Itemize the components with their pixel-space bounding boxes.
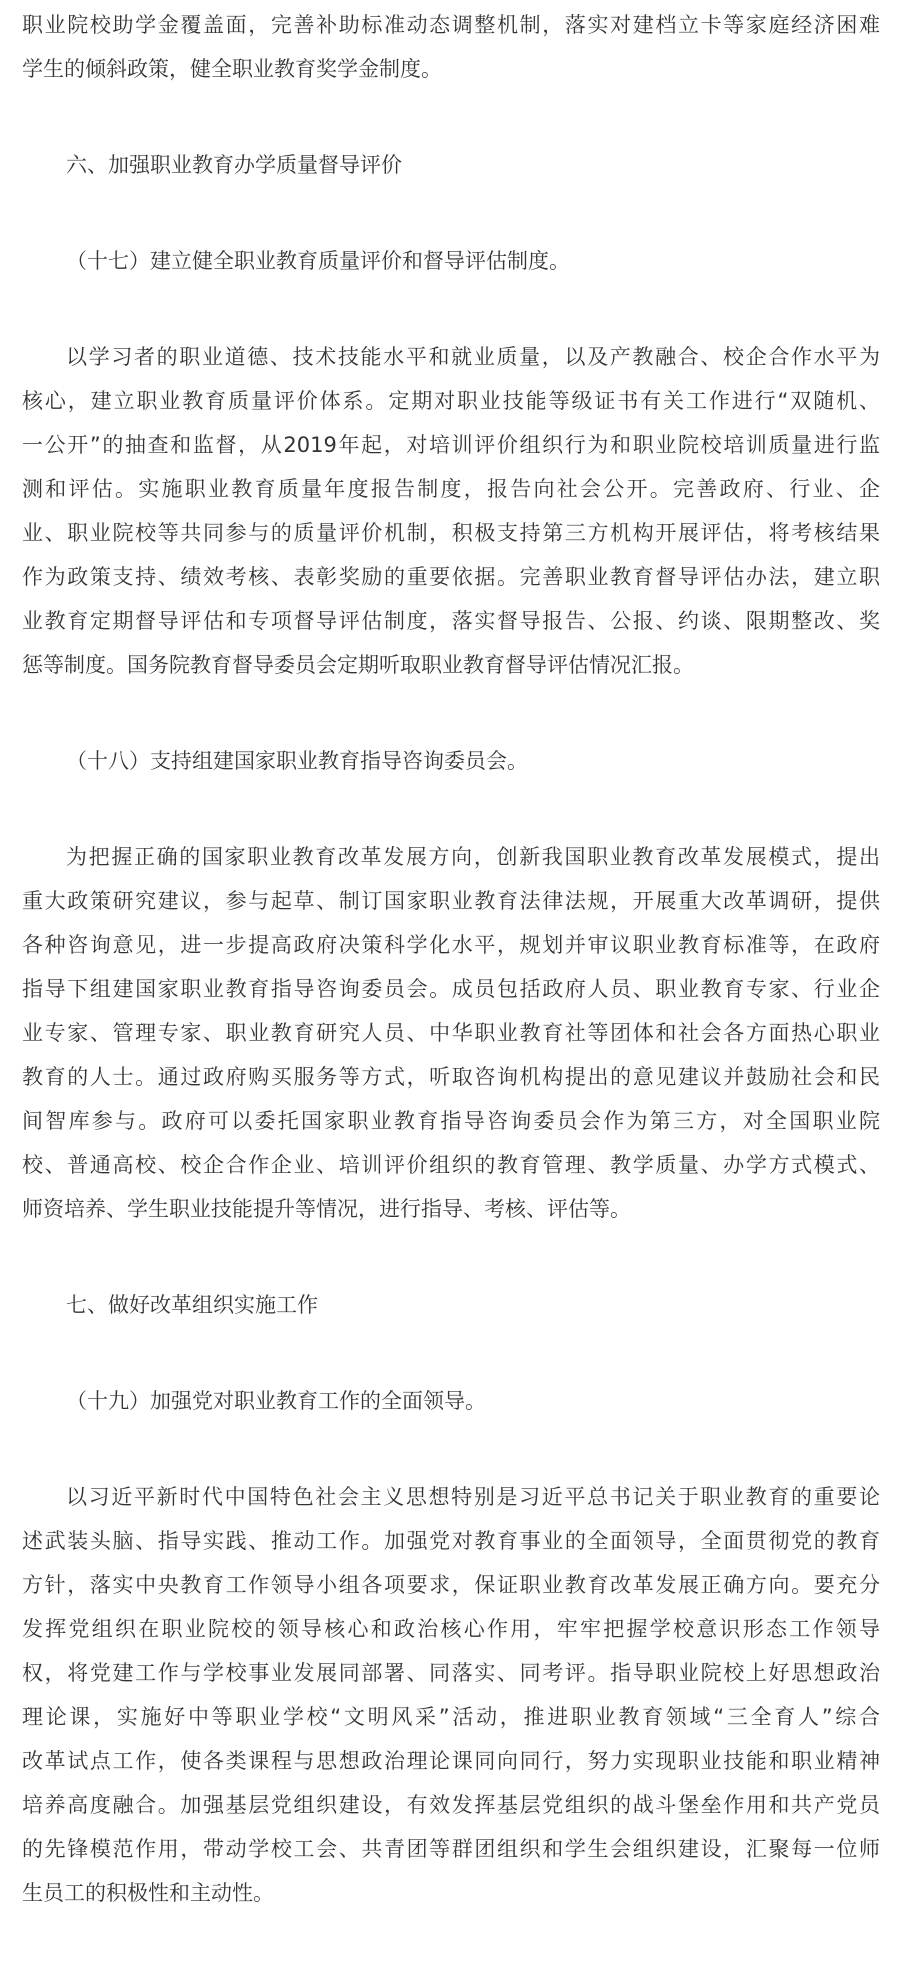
text-line: 为把握正确的国家职业教育改革发展方向，创新我国职业教育改革发展模式，提出 [22, 835, 880, 879]
text-line: 作为政策支持、绩效考核、表彰奖励的重要依据。完善职业教育督导评估办法，建立职 [22, 555, 880, 599]
text-line: 述武装头脑、指导实践、推动工作。加强党对教育事业的全面领导，全面贯彻党的教育 [22, 1519, 880, 1563]
subsection-heading-text: （十七）建立健全职业教育质量评价和督导评估制度。 [22, 239, 880, 283]
subsection-heading-text: （十九）加强党对职业教育工作的全面领导。 [22, 1379, 880, 1423]
paragraph-continuation: 职业院校助学金覆盖面，完善补助标准动态调整机制，落实对建档立卡等家庭经济困难 学… [22, 3, 880, 91]
text-line: 权，将党建工作与学校事业发展同部署、同落实、同考评。指导职业院校上好思想政治 [22, 1651, 880, 1695]
text-line: 重大政策研究建议，参与起草、制订国家职业教育法律法规，开展重大改革调研，提供 [22, 879, 880, 923]
text-line: 校、普通高校、校企合作企业、培训评价组织的教育管理、教学质量、办学方式模式、 [22, 1143, 880, 1187]
text-line: 理论课，实施好中等职业学校“文明风采”活动，推进职业教育领域“三全育人”综合 [22, 1695, 880, 1739]
text-line: 业、职业院校等共同参与的质量评价机制，积极支持第三方机构开展评估，将考核结果 [22, 511, 880, 555]
document-body: 职业院校助学金覆盖面，完善补助标准动态调整机制，落实对建档立卡等家庭经济困难 学… [22, 3, 880, 1967]
text-line: 业专家、管理专家、职业教育研究人员、中华职业教育社等团体和社会各方面热心职业 [22, 1011, 880, 1055]
text-line: 教育的人士。通过政府购买服务等方式，听取咨询机构提出的意见建议并鼓励社会和民 [22, 1055, 880, 1099]
text-line: 以学习者的职业道德、技术技能水平和就业质量，以及产教融合、校企合作水平为 [22, 335, 880, 379]
text-line: 师资培养、学生职业技能提升等情况，进行指导、考核、评估等。 [22, 1187, 880, 1231]
text-line: 一公开”的抽查和监督，从2019年起，对培训评价组织行为和职业院校培训质量进行监 [22, 423, 880, 467]
subsection-heading-18: （十八）支持组建国家职业教育指导咨询委员会。 [22, 739, 880, 783]
section-heading-6: 六、加强职业教育办学质量督导评价 [22, 143, 880, 187]
section-heading-text: 六、加强职业教育办学质量督导评价 [22, 143, 880, 187]
subsection-heading-text: （十八）支持组建国家职业教育指导咨询委员会。 [22, 739, 880, 783]
text-line: 发挥党组织在职业院校的领导核心和政治核心作用，牢牢把握学校意识形态工作领导 [22, 1607, 880, 1651]
text-line: 惩等制度。国务院教育督导委员会定期听取职业教育督导评估情况汇报。 [22, 643, 880, 687]
text-line: 以习近平新时代中国特色社会主义思想特别是习近平总书记关于职业教育的重要论 [22, 1475, 880, 1519]
subsection-heading-19: （十九）加强党对职业教育工作的全面领导。 [22, 1379, 880, 1423]
text-line: 各种咨询意见，进一步提高政府决策科学化水平，规划并审议职业教育标准等，在政府 [22, 923, 880, 967]
text-line: 指导下组建国家职业教育指导咨询委员会。成员包括政府人员、职业教育专家、行业企 [22, 967, 880, 1011]
paragraph-19: 以习近平新时代中国特色社会主义思想特别是习近平总书记关于职业教育的重要论 述武装… [22, 1475, 880, 1915]
text-line: 业教育定期督导评估和专项督导评估制度，落实督导报告、公报、约谈、限期整改、奖 [22, 599, 880, 643]
text-line: 改革试点工作，使各类课程与思想政治理论课同向同行，努力实现职业技能和职业精神 [22, 1739, 880, 1783]
text-line: 测和评估。实施职业教育质量年度报告制度，报告向社会公开。完善政府、行业、企 [22, 467, 880, 511]
text-line: 核心，建立职业教育质量评价体系。定期对职业技能等级证书有关工作进行“双随机、 [22, 379, 880, 423]
text-line: 培养高度融合。加强基层党组织建设，有效发挥基层党组织的战斗堡垒作用和共产党员 [22, 1783, 880, 1827]
section-heading-text: 七、做好改革组织实施工作 [22, 1283, 880, 1327]
text-line: 间智库参与。政府可以委托国家职业教育指导咨询委员会作为第三方，对全国职业院 [22, 1099, 880, 1143]
text-line: 的先锋模范作用，带动学校工会、共青团等群团组织和学生会组织建设，汇聚每一位师 [22, 1827, 880, 1871]
text-line: 生员工的积极性和主动性。 [22, 1871, 880, 1915]
text-line: 学生的倾斜政策，健全职业教育奖学金制度。 [22, 47, 880, 91]
paragraph-18: 为把握正确的国家职业教育改革发展方向，创新我国职业教育改革发展模式，提出 重大政… [22, 835, 880, 1231]
paragraph-17: 以学习者的职业道德、技术技能水平和就业质量，以及产教融合、校企合作水平为 核心，… [22, 335, 880, 687]
text-line: 方针，落实中央教育工作领导小组各项要求，保证职业教育改革发展正确方向。要充分 [22, 1563, 880, 1607]
text-line: 职业院校助学金覆盖面，完善补助标准动态调整机制，落实对建档立卡等家庭经济困难 [22, 3, 880, 47]
section-heading-7: 七、做好改革组织实施工作 [22, 1283, 880, 1327]
subsection-heading-17: （十七）建立健全职业教育质量评价和督导评估制度。 [22, 239, 880, 283]
